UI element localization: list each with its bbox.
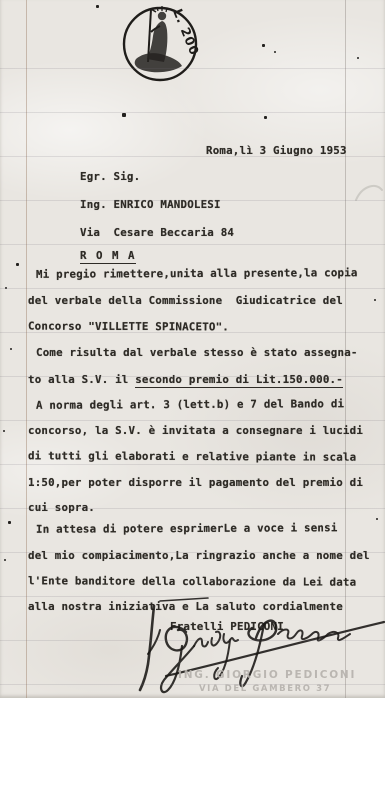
body-line: l'Ente banditore della collaborazione da… xyxy=(28,574,356,588)
body-line: concorso, la S.V. è invitata a consegnar… xyxy=(28,424,363,437)
revenue-stamp-value: L. 200 xyxy=(170,7,202,58)
noise-speck xyxy=(357,57,359,59)
body-line: 1:50,per poter disporre il pagamento del… xyxy=(28,476,363,489)
body-line: di tutti gli elaborati e relative piante… xyxy=(28,449,356,463)
body-line-prize: to alla S.V. il secondo premio di Lit.15… xyxy=(28,373,343,386)
date-line: Roma,lì 3 Giugno 1953 xyxy=(206,144,347,157)
noise-speck xyxy=(4,559,6,561)
noise-speck xyxy=(8,521,11,524)
paper-background: L. 200 Roma,lì 3 Giugno 1953 Egr. Sig. I… xyxy=(0,0,385,698)
scanned-letter: L. 200 Roma,lì 3 Giugno 1953 Egr. Sig. I… xyxy=(0,0,385,800)
body-line: Concorso "VILLETTE SPINACETO". xyxy=(28,320,229,334)
recipient-address: Via Cesare Beccaria 84 xyxy=(80,226,234,239)
noise-speck xyxy=(262,44,265,47)
noise-speck xyxy=(16,263,19,266)
revenue-stamp-icon: L. 200 xyxy=(118,2,202,86)
recipient-salutation: Egr. Sig. xyxy=(80,170,140,183)
noise-speck xyxy=(274,51,276,53)
noise-speck xyxy=(96,5,99,8)
pencil-mark xyxy=(352,178,385,210)
recipient-city: R O M A xyxy=(80,249,136,262)
body-line: A norma degli art. 3 (lett.b) e 7 del Ba… xyxy=(36,397,344,412)
noise-speck xyxy=(264,116,267,119)
body-line: In attesa di potere esprimerLe a voce i … xyxy=(36,521,338,536)
body-line: del mio compiacimento,La ringrazio anche… xyxy=(28,549,370,562)
body-line: cui sopra. xyxy=(28,501,95,514)
noise-speck xyxy=(3,430,5,432)
notary-stamp-address: VIA DEL GAMBERO 37 xyxy=(199,684,331,694)
noise-speck xyxy=(374,299,376,301)
body-line: del verbale della Commissione Giudicatri… xyxy=(28,294,343,307)
left-margin-line xyxy=(26,0,27,698)
notary-stamp-name: ING. GIORGIO PEDICONI xyxy=(178,669,356,681)
noise-speck xyxy=(122,113,126,117)
noise-speck xyxy=(10,348,12,350)
underlined-prize-text: secondo premio di Lit.150.000.- xyxy=(135,373,343,388)
noise-speck xyxy=(5,287,7,289)
recipient-name: Ing. ENRICO MANDOLESI xyxy=(80,198,221,211)
body-line: Mi pregio rimettere,unita alla presente,… xyxy=(36,266,358,281)
noise-speck xyxy=(376,518,378,520)
body-line: Come risulta dal verbale stesso è stato … xyxy=(36,346,358,359)
